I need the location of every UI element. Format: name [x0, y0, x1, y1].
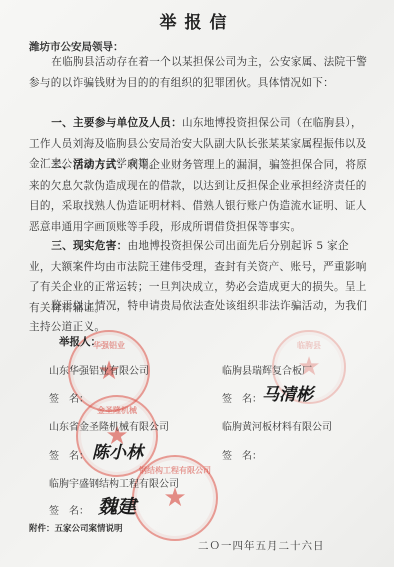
letter-page: 举报信 潍坊市公安局领导： 在临朐县活动存在着一个以某担保公司为主，公安家属、法… [0, 0, 394, 567]
signature-label: 签 名： [49, 502, 89, 517]
signature-label: 签 名： [49, 390, 89, 405]
reporter-label: 举报人： [59, 334, 101, 349]
company-seal: 钢结构工程有限公司 ★ [132, 455, 218, 541]
section-methods: 二、活动方式：利用企业财务管理上的漏洞，骗签担保合同，将原来的欠息欠款伪造成现在… [29, 155, 369, 237]
document-date: 二Ｏ一四年五月二十六日 [198, 538, 325, 553]
company-name: 山东华强铝业有限公司 [49, 362, 149, 377]
seal-text: 金圣隆机械 [78, 405, 156, 416]
handwritten-signature: 陈小林 [92, 438, 143, 463]
signature-label: 签 名： [222, 390, 262, 405]
company-name: 临朐宇盛钢结构工程有限公司 [49, 475, 179, 490]
company-name: 临朐黄河板材料有限公司 [222, 418, 332, 433]
signature-label: 签 名： [49, 447, 89, 462]
handwritten-signature: 马清彬 [262, 380, 313, 405]
signature-label: 签 名： [222, 447, 262, 462]
company-name: 临朐县瑞辉复合板厂 [222, 362, 312, 377]
handwritten-signature: 魏建 [98, 492, 136, 519]
seal-text: 临朐县 [274, 340, 344, 351]
section-heading: 三、现实危害： [51, 240, 127, 252]
section-heading: 二、活动方式： [51, 159, 127, 171]
section-heading: 一、主要参与单位及人员： [51, 117, 182, 129]
attachment-note: 附件：五家公司案情说明 [29, 522, 123, 534]
company-name: 山东省金圣隆机械有限公司 [49, 418, 169, 433]
intro-paragraph: 在临朐县活动存在着一个以某担保公司为主，公安家属、法院干警参与的以诈骗钱财为目的… [29, 52, 369, 93]
document-title: 举报信 [0, 8, 394, 33]
